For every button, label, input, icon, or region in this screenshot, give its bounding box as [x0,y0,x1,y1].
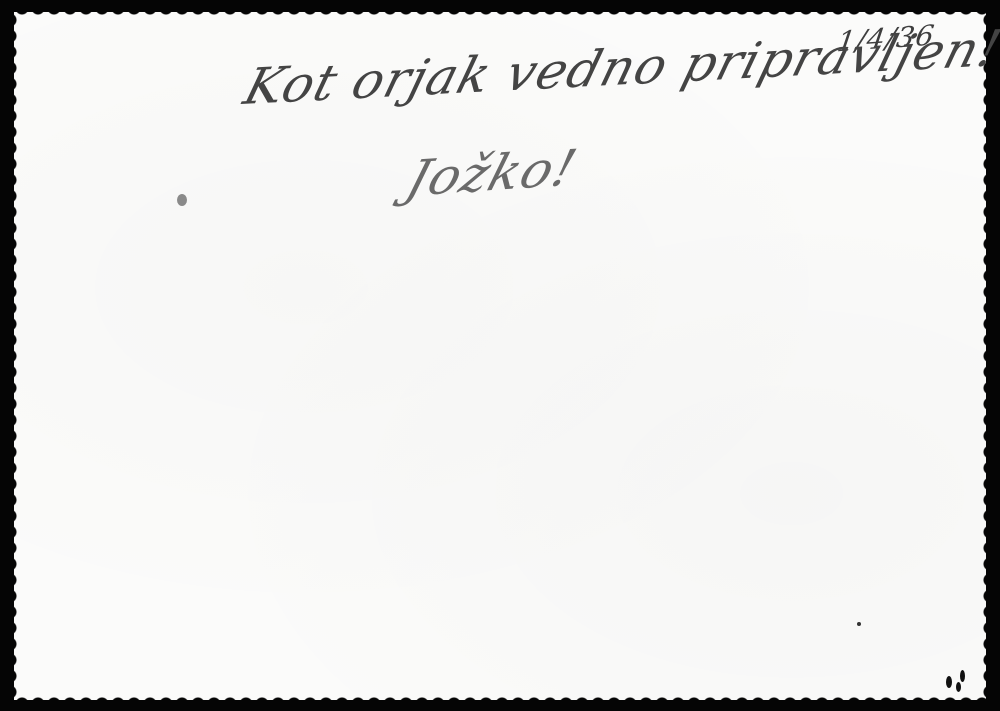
ink-spot [946,676,952,688]
ink-spot [177,194,187,206]
photo-back-card [14,12,986,700]
dust-speck [857,622,861,626]
ink-spot [960,670,965,682]
ink-spot [956,682,961,692]
